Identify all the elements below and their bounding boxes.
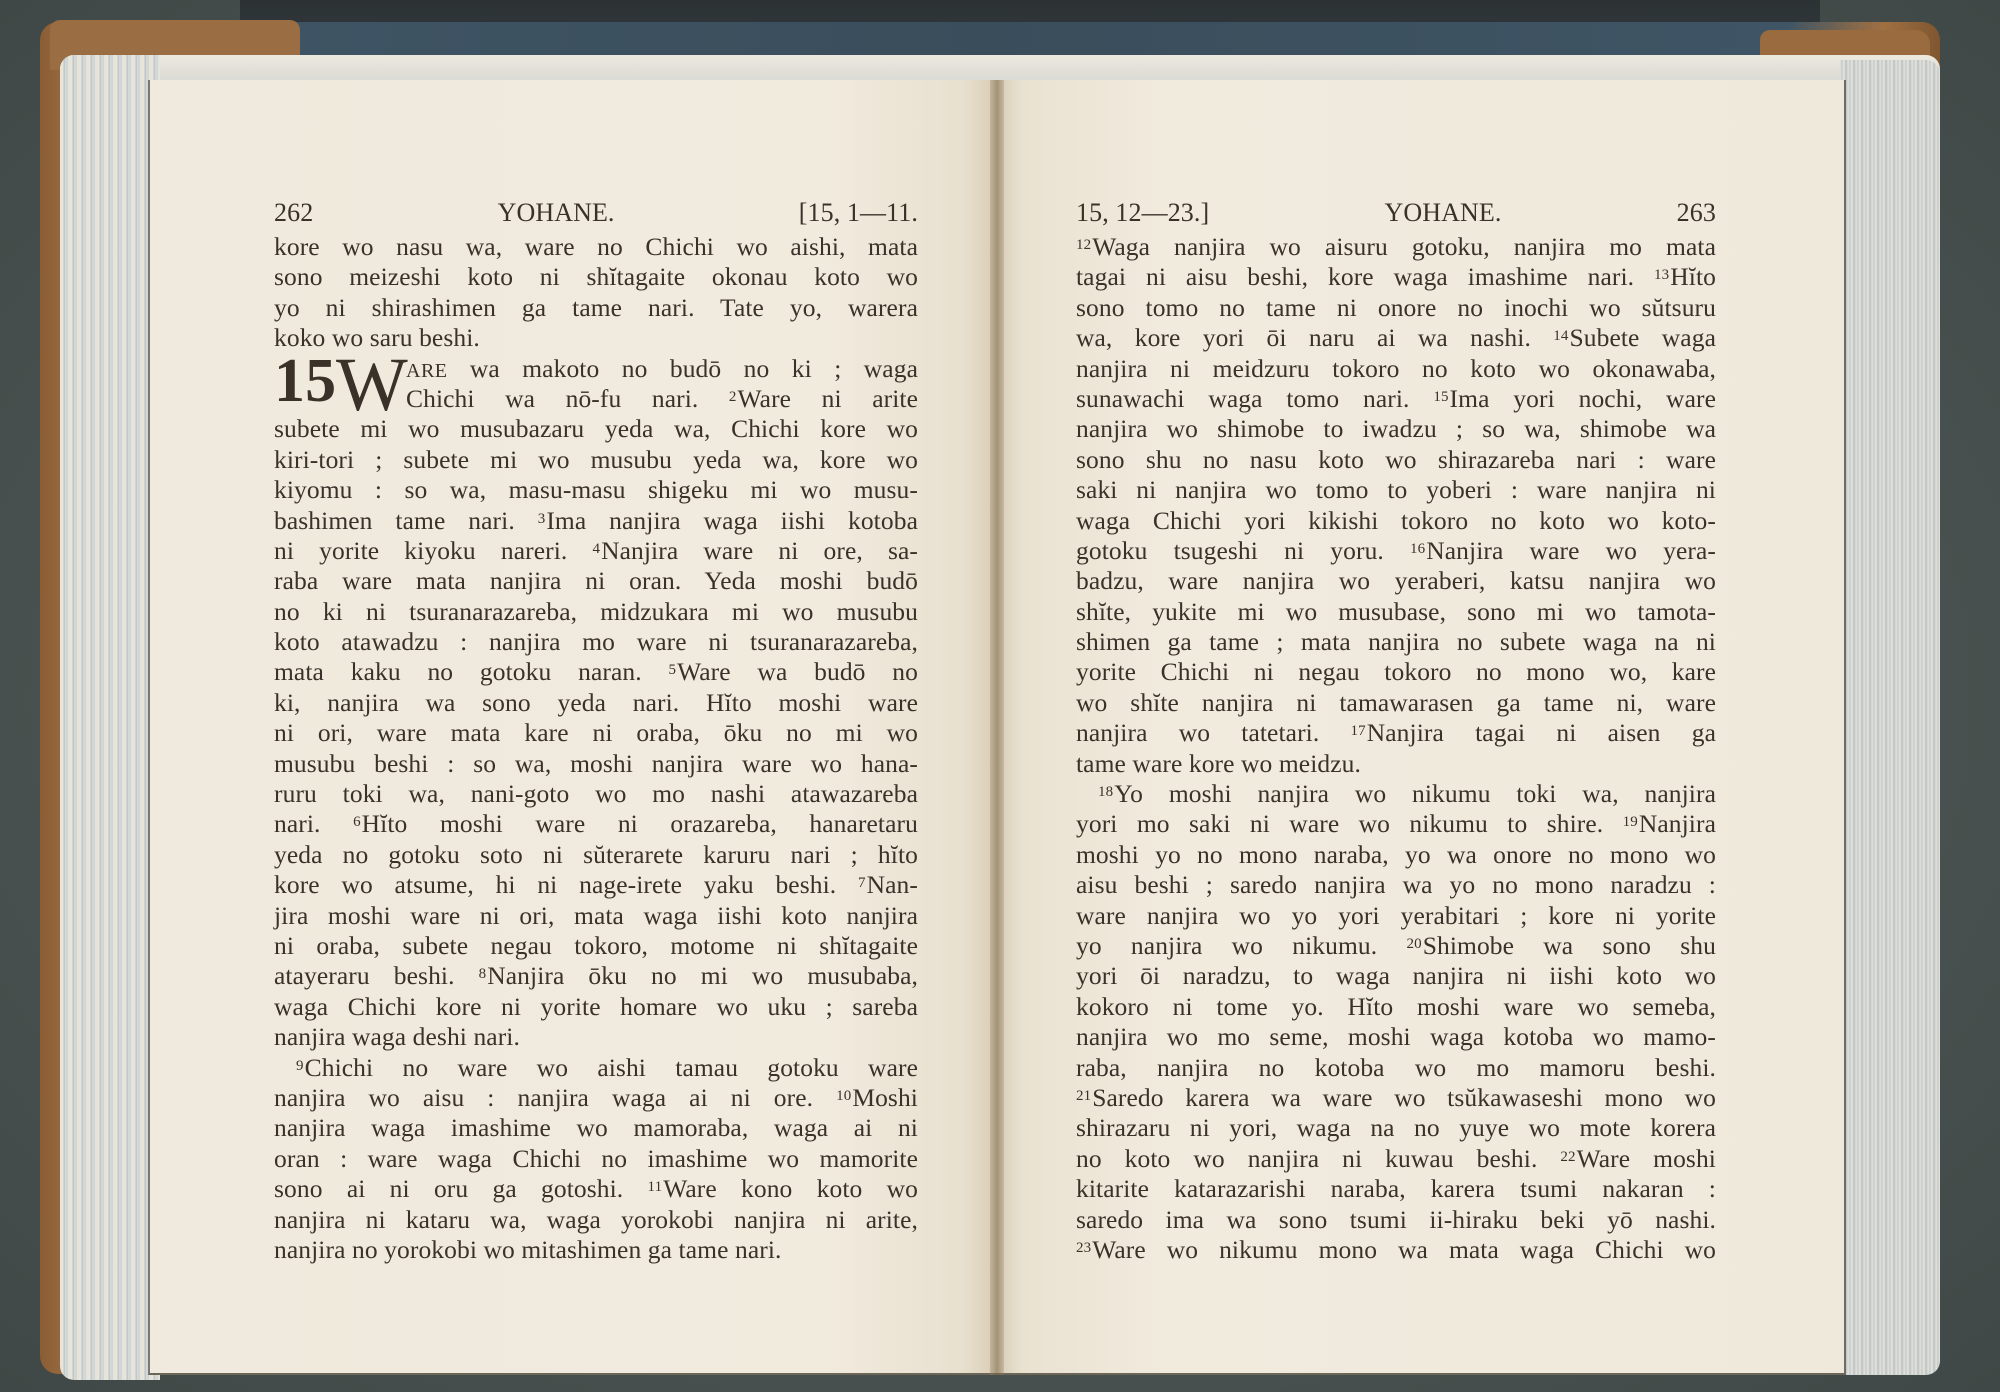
left-page-text: 262 YOHANE. [15, 1—11. kore wo nasu wa, … [274, 198, 918, 1265]
verse-number: 13 [1654, 267, 1669, 283]
text-line: shĭte, yukite mi wo musubase, sono mi wo… [1076, 597, 1716, 627]
text-line: nanjira waga deshi nari. [274, 1022, 918, 1052]
text-line: tame ware kore wo meidzu. [1076, 749, 1716, 779]
text-line: yo nanjira wo nikumu. 20Shimobe wa sono … [1076, 931, 1716, 961]
text-line: nanjira ni kataru wa, waga yorokobi nanj… [274, 1205, 918, 1235]
chapter-opening: 15 W ARE wa makoto no budō no ki ; waga … [274, 354, 918, 415]
verse-number: 15 [1433, 389, 1448, 405]
left-body-text: subete mi wo musubazaru yeda wa, Chichi … [274, 414, 918, 1265]
text-line: nanjira ni meidzuru tokoro no koto wo ok… [1076, 354, 1716, 384]
text-line: nanjira wo aisu : nanjira waga ai ni ore… [274, 1083, 918, 1113]
text-line: yori ōi naradzu, to waga nanjira ni iish… [1076, 961, 1716, 991]
text-line: atayeraru beshi. 8Nanjira ōku no mi wo m… [274, 961, 918, 991]
text-line: shimen ga tame ; mata nanjira no subete … [1076, 627, 1716, 657]
text-line: yori mo saki ni ware wo nikumu to shire.… [1076, 809, 1716, 839]
chapter-first-line: ARE wa makoto no budō no ki ; waga [406, 354, 918, 384]
text-line: nanjira no yorokobi wo mitashimen ga tam… [274, 1235, 918, 1265]
text-line: koto atawadzu : nanjira mo ware ni tsura… [274, 627, 918, 657]
continuation-paragraph: kore wo nasu wa, ware no Chichi wo aishi… [274, 232, 918, 354]
text-line: kokoro ni tome yo. Hĭto moshi ware wo se… [1076, 992, 1716, 1022]
text-line: sono shu no nasu koto wo shirazareba nar… [1076, 445, 1716, 475]
verse-range: 15, 12—23.] [1076, 198, 1209, 228]
running-head-left: 262 YOHANE. [15, 1—11. [274, 198, 918, 230]
chapter-number: 15 [274, 350, 336, 412]
text-line: moshi yo no mono naraba, yo wa onore no … [1076, 840, 1716, 870]
text-line: nanjira wo tatetari. 17Nanjira tagai ni … [1076, 718, 1716, 748]
verse-number: 22 [1560, 1149, 1575, 1165]
text-line: kore wo nasu wa, ware no Chichi wo aishi… [274, 232, 918, 262]
verse-number: 17 [1351, 723, 1366, 739]
verse-number: 5 [669, 662, 677, 678]
book-gutter [990, 80, 1004, 1375]
page-number: 263 [1677, 198, 1716, 228]
text-line: ki, nanjira wa sono yeda nari. Hĭto mosh… [274, 688, 918, 718]
text-line: ware nanjira wo yo yori yerabitari ; kor… [1076, 901, 1716, 931]
verse-number: 9 [296, 1058, 304, 1074]
page-number: 262 [274, 198, 313, 228]
text-line: shirazaru ni yori, waga na no yuye wo mo… [1076, 1113, 1716, 1143]
text-line: wa, kore yori ōi naru ai wa nashi. 14Sub… [1076, 323, 1716, 353]
text-line: wo shĭte nanjira ni tamawarasen ga tame … [1076, 688, 1716, 718]
chapter-second-line: Chichi wa nō-fu nari. 2Ware ni arite [406, 384, 918, 414]
right-page-text: 15, 12—23.] YOHANE. 263 12Waga nanjira w… [1076, 198, 1716, 1265]
text-line: ni oraba, subete negau tokoro, motome ni… [274, 931, 918, 961]
drop-cap: W [336, 352, 408, 418]
verse-number: 8 [479, 966, 487, 982]
text-line: no ki ni tsuranarazareba, midzukara mi w… [274, 597, 918, 627]
text-line: raba, nanjira no kotoba wo mo mamoru bes… [1076, 1053, 1716, 1083]
text-line: ni yorite kiyoku nareri. 4Nanjira ware n… [274, 536, 918, 566]
text-line: jira moshi ware ni ori, mata waga iishi … [274, 901, 918, 931]
text-line: waga Chichi yori kikishi tokoro no koto … [1076, 506, 1716, 536]
verse-number: 21 [1076, 1088, 1091, 1104]
running-head-right: 15, 12—23.] YOHANE. 263 [1076, 198, 1716, 230]
verse-number: 6 [353, 814, 361, 830]
verse-number: 23 [1076, 1240, 1091, 1256]
text-line: gotoku tsugeshi ni yoru. 16Nanjira ware … [1076, 536, 1716, 566]
verse-range: [15, 1—11. [799, 198, 918, 228]
text-line: nanjira waga imashime wo mamoraba, waga … [274, 1113, 918, 1143]
text-line: raba ware mata nanjira ni oran. Yeda mos… [274, 566, 918, 596]
text-line: waga Chichi kore ni yorite homare wo uku… [274, 992, 918, 1022]
text-line: aisu beshi ; saredo nanjira wa yo no mon… [1076, 870, 1716, 900]
text-line: 23Ware wo nikumu mono wa mata waga Chich… [1076, 1235, 1716, 1265]
text-line: mata kaku no gotoku naran. 5Ware wa budō… [274, 657, 918, 687]
text-line: 18Yo moshi nanjira wo nikumu toki wa, na… [1076, 779, 1716, 809]
verse-number: 11 [648, 1179, 663, 1195]
text-line: nanjira wo mo seme, moshi waga kotoba wo… [1076, 1022, 1716, 1052]
verse-number: 19 [1623, 814, 1638, 830]
verse-number: 12 [1076, 237, 1091, 253]
verse-number: 4 [592, 541, 600, 557]
text-line: sunawachi waga tomo nari. 15Ima yori noc… [1076, 384, 1716, 414]
page-stack-left [60, 55, 160, 1380]
text-line: 9Chichi no ware wo aishi tamau gotoku wa… [274, 1053, 918, 1083]
text-line: kiri-tori ; subete mi wo musubu yeda wa,… [274, 445, 918, 475]
verse-number: 18 [1098, 784, 1113, 800]
text-line: kore wo atsume, hi ni nage-irete yaku be… [274, 870, 918, 900]
verse-number: 20 [1406, 936, 1421, 952]
text-line: saredo ima wa sono tsumi ii-hiraku beki … [1076, 1205, 1716, 1235]
text-line: sono tomo no tame ni onore no inochi wo … [1076, 293, 1716, 323]
text-line: 21Saredo karera wa ware wo tsŭkawaseshi … [1076, 1083, 1716, 1113]
running-title: YOHANE. [1384, 198, 1501, 228]
text-line: sono meizeshi koto ni shĭtagaite okonau … [274, 262, 918, 292]
text-line: kitarite katarazarishi naraba, karera ts… [1076, 1174, 1716, 1204]
text-line: nari. 6Hĭto moshi ware ni orazareba, han… [274, 809, 918, 839]
text-line: yo ni shirashimen ga tame nari. Tate yo,… [274, 293, 918, 323]
text-line: nanjira wo shimobe to iwadzu ; so wa, sh… [1076, 414, 1716, 444]
text-line: kiyomu : so wa, masu-masu shigeku mi wo … [274, 475, 918, 505]
text-line: yorite Chichi ni negau tokoro no mono wo… [1076, 657, 1716, 687]
verse-number: 14 [1553, 328, 1568, 344]
text-line: oran : ware waga Chichi no imashime wo m… [274, 1144, 918, 1174]
text-line: sono ai ni oru ga gotoshi. 11Ware kono k… [274, 1174, 918, 1204]
text-line: tagai ni aisu beshi, kore waga imashime … [1076, 262, 1716, 292]
verse-number: 3 [538, 511, 546, 527]
right-body-text: 12Waga nanjira wo aisuru gotoku, nanjira… [1076, 232, 1716, 1265]
text-line: musubu beshi : so wa, moshi nanjira ware… [274, 749, 918, 779]
verse-number: 16 [1410, 541, 1425, 557]
text-line: bashimen tame nari. 3Ima nanjira waga ii… [274, 506, 918, 536]
right-page: 15, 12—23.] YOHANE. 263 12Waga nanjira w… [996, 80, 1846, 1375]
text-line: saki ni nanjira wo tomo to yoberi : ware… [1076, 475, 1716, 505]
text-line: ni ori, ware mata kare ni oraba, ōku no … [274, 718, 918, 748]
text-line: badzu, ware nanjira wo yeraberi, katsu n… [1076, 566, 1716, 596]
verse-number: 10 [836, 1088, 851, 1104]
left-page: 262 YOHANE. [15, 1—11. kore wo nasu wa, … [148, 80, 996, 1375]
verse-number: 2 [729, 389, 737, 405]
text-line: 12Waga nanjira wo aisuru gotoku, nanjira… [1076, 232, 1716, 262]
text-line: yeda no gotoku soto ni sŭterarete karuru… [274, 840, 918, 870]
page-stack-right [1840, 60, 1940, 1375]
running-title: YOHANE. [498, 198, 615, 228]
text-line: no koto wo nanjira ni kuwau beshi. 22War… [1076, 1144, 1716, 1174]
page-top-edge [60, 55, 1940, 83]
verse-number: 7 [858, 875, 866, 891]
text-line: ruru toki wa, nani-goto wo mo nashi ataw… [274, 779, 918, 809]
